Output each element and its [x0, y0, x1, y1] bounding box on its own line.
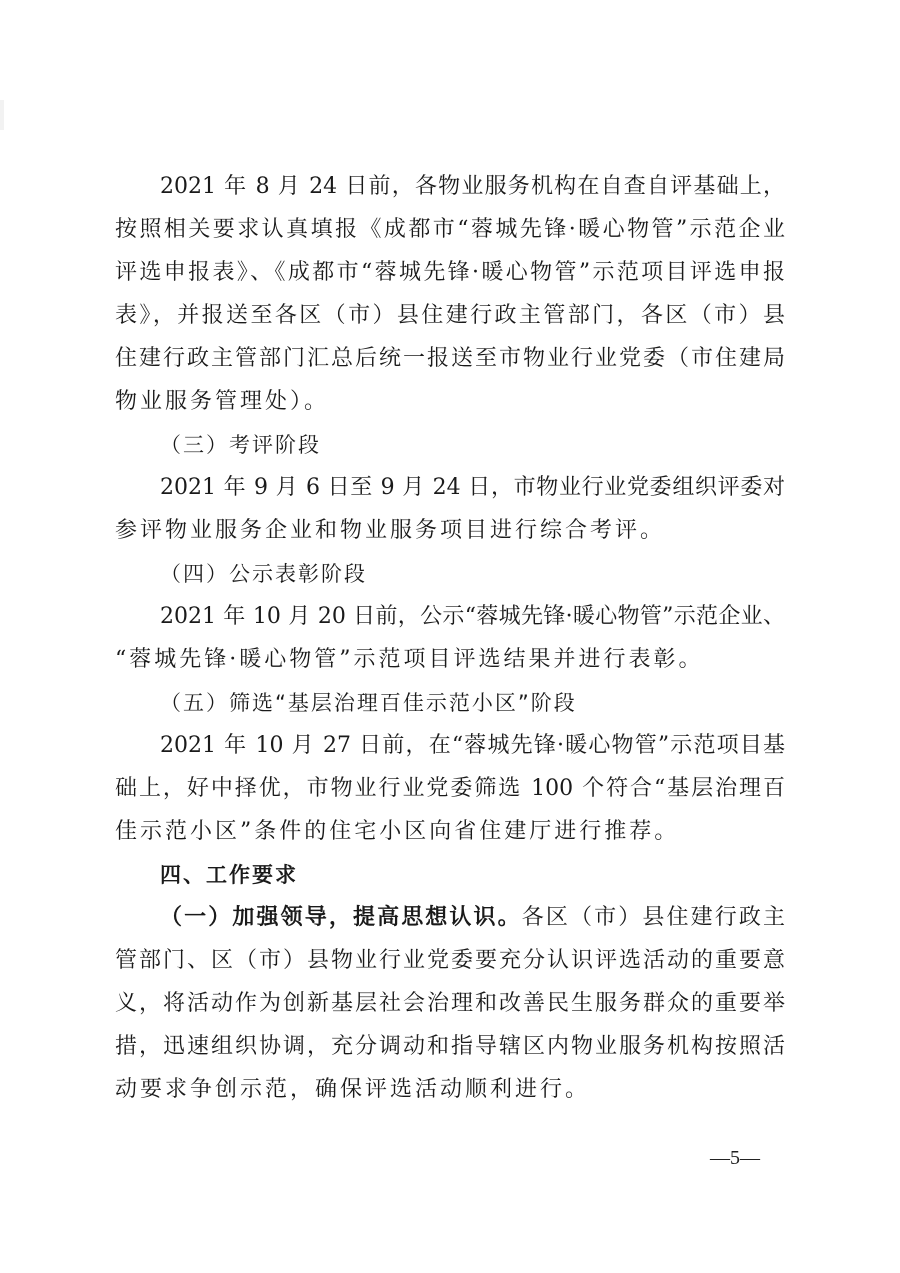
subheading-evaluation-phase: （三）考评阶段	[160, 428, 785, 462]
paragraph-line: 住建行政主管部门汇总后统一报送至市物业行业党委（市住建局	[115, 342, 785, 376]
paragraph-line: 2021 年 10 月 20 日前，公示“蓉城先锋·暖心物管”示范企业、	[160, 600, 785, 634]
paragraph-line: 按照相关要求认真填报《成都市“蓉城先锋·暖心物管”示范企业	[115, 213, 785, 247]
paragraph-line: 2021 年 8 月 24 日前，各物业服务机构在自查自评基础上，	[160, 170, 785, 204]
paragraph-line: 物业服务管理处）。	[115, 385, 785, 419]
paragraph-line: 佳示范小区”条件的住宅小区向省住建厅进行推荐。	[115, 815, 785, 849]
document-page: 2021 年 8 月 24 日前，各物业服务机构在自查自评基础上， 按照相关要求…	[0, 0, 900, 1273]
paragraph-lead-bold: （一）加强领导，提高思想认识。	[160, 905, 522, 930]
paragraph-line: “蓉城先锋·暖心物管”示范项目评选结果并进行表彰。	[115, 643, 785, 677]
page-number: —5—	[695, 1143, 775, 1173]
paragraph-line: 措，迅速组织协调，充分调动和指导辖区内物业服务机构按照活	[115, 1030, 785, 1064]
subheading-announcement-phase: （四）公示表彰阶段	[160, 557, 785, 591]
paragraph-line: 管部门、区（市）县物业行业党委要充分认识评选活动的重要意	[115, 944, 785, 978]
paragraph-line: 动要求争创示范，确保评选活动顺利进行。	[115, 1073, 785, 1107]
scan-edge-mark	[0, 100, 4, 130]
section-heading-work-requirements: 四、工作要求	[160, 858, 785, 892]
paragraph-line: 表》，并报送至各区（市）县住建行政主管部门，各区（市）县	[115, 299, 785, 333]
paragraph-line: 义，将活动作为创新基层社会治理和改善民生服务群众的重要举	[115, 987, 785, 1021]
paragraph-line: 2021 年 9 月 6 日至 9 月 24 日，市物业行业党委组织评委对	[160, 471, 785, 505]
paragraph-line: 参评物业服务企业和物业服务项目进行综合考评。	[115, 514, 785, 548]
subheading-selection-phase: （五）筛选“基层治理百佳示范小区”阶段	[160, 686, 785, 720]
paragraph-line: 评选申报表》、《成都市“蓉城先锋·暖心物管”示范项目评选申报	[115, 256, 785, 290]
paragraph-line: 2021 年 10 月 27 日前，在“蓉城先锋·暖心物管”示范项目基	[160, 729, 785, 763]
paragraph-line-rest: 各区（市）县住建行政主	[522, 905, 785, 930]
paragraph-line: （一）加强领导，提高思想认识。各区（市）县住建行政主	[160, 901, 785, 935]
paragraph-line: 础上，好中择优，市物业行业党委筛选 100 个符合“基层治理百	[115, 772, 785, 806]
